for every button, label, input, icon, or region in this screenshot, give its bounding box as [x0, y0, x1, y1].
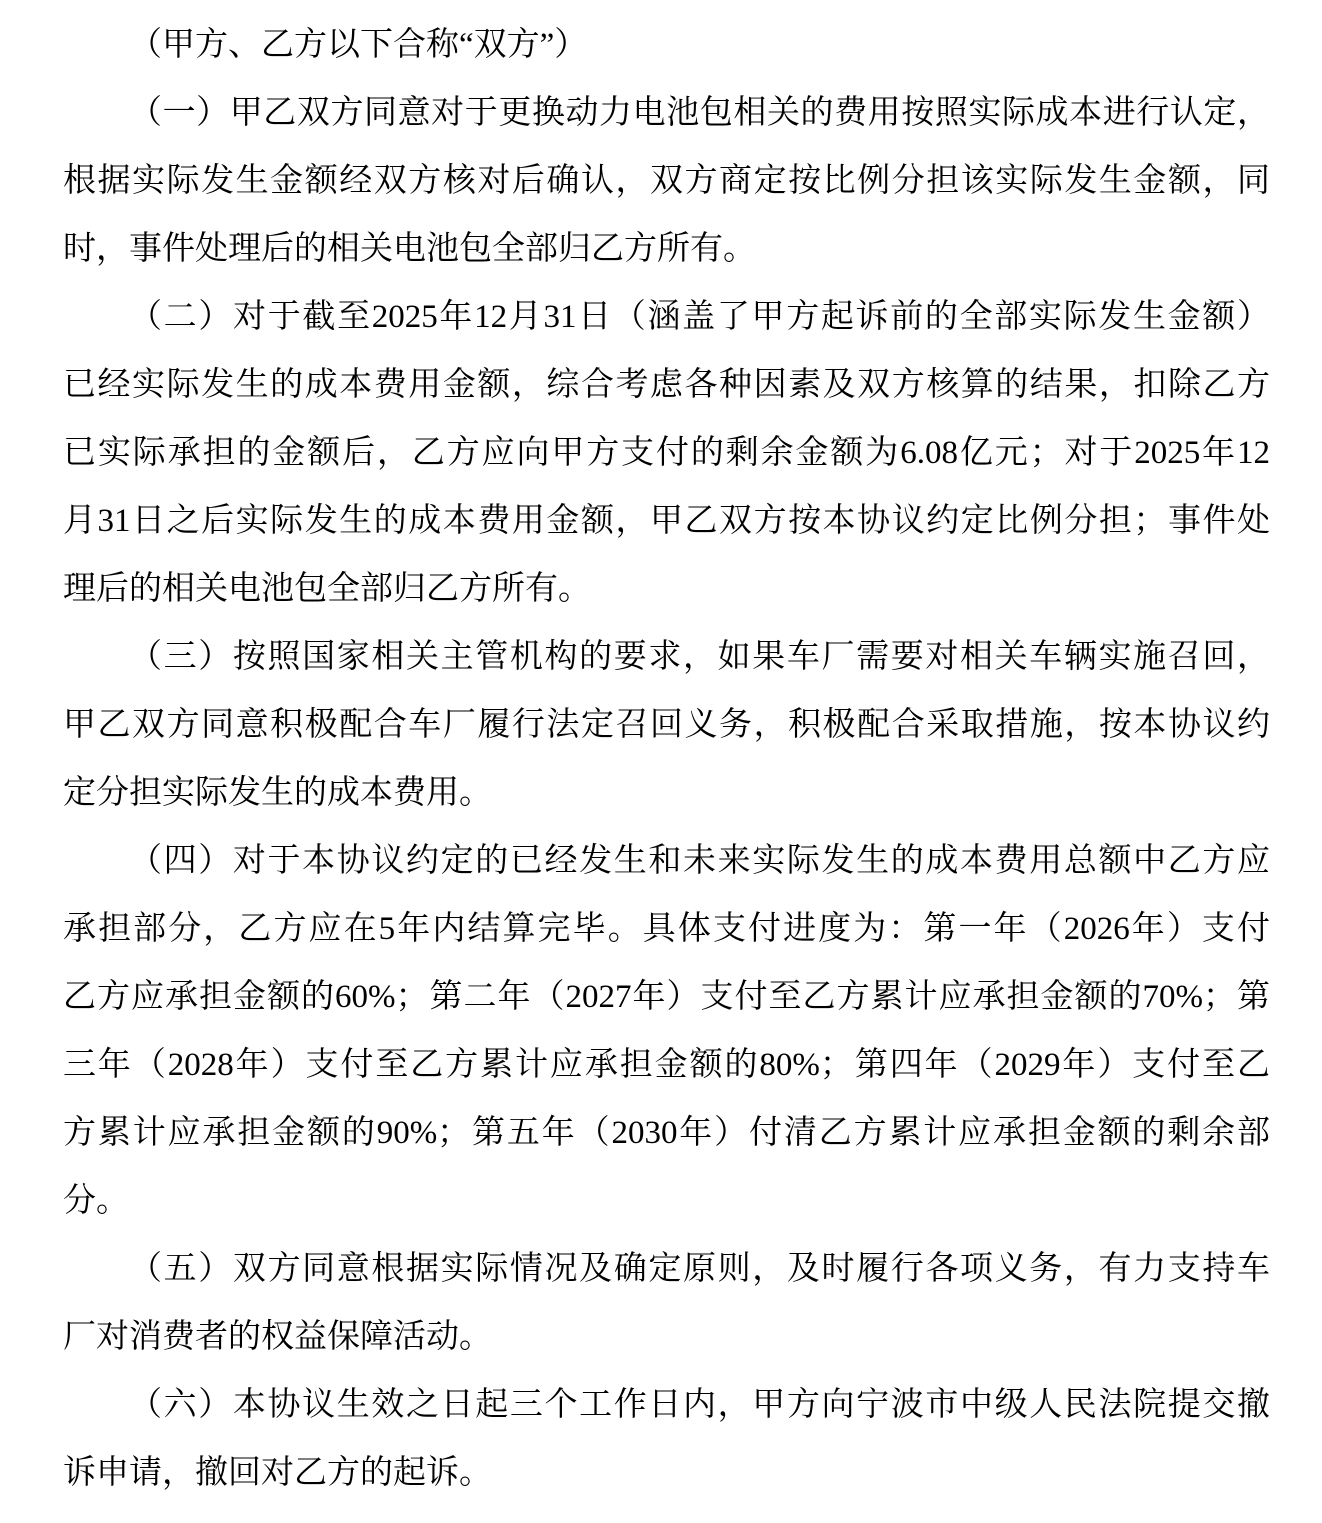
text-line: 乙方应承担金额的60%；第二年（2027年）支付至乙方累计应承担金额的70%；第 — [63, 963, 1270, 1031]
paragraph-preamble: （甲方、乙方以下合称“双方”） — [63, 11, 1270, 79]
text-line: 甲乙双方同意积极配合车厂履行法定召回义务，积极配合采取措施，按本协议约 — [63, 691, 1270, 759]
text-line: （五）双方同意根据实际情况及确定原则，及时履行各项义务，有力支持车 — [63, 1235, 1270, 1303]
paragraph-clause-5: （五）双方同意根据实际情况及确定原则，及时履行各项义务，有力支持车厂对消费者的权… — [63, 1235, 1270, 1371]
paragraph-clause-6: （六）本协议生效之日起三个工作日内，甲方向宁波市中级人民法院提交撤诉申请，撤回对… — [63, 1371, 1270, 1507]
paragraph-clause-3: （三）按照国家相关主管机构的要求，如果车厂需要对相关车辆实施召回，甲乙双方同意积… — [63, 623, 1270, 827]
text-line: 理后的相关电池包全部归乙方所有。 — [63, 555, 1270, 623]
text-line: 方累计应承担金额的90%；第五年（2030年）付清乙方累计应承担金额的剩余部 — [63, 1099, 1270, 1167]
text-line: 月31日之后实际发生的成本费用金额，甲乙双方按本协议约定比例分担；事件处 — [63, 487, 1270, 555]
text-line: 承担部分，乙方应在5年内结算完毕。具体支付进度为：第一年（2026年）支付 — [63, 895, 1270, 963]
text-line: （一）甲乙双方同意对于更换动力电池包相关的费用按照实际成本进行认定， — [63, 79, 1270, 147]
text-line: 时，事件处理后的相关电池包全部归乙方所有。 — [63, 215, 1270, 283]
paragraph-clause-4: （四）对于本协议约定的已经发生和未来实际发生的成本费用总额中乙方应承担部分，乙方… — [63, 827, 1270, 1235]
document-body: （甲方、乙方以下合称“双方”）（一）甲乙双方同意对于更换动力电池包相关的费用按照… — [63, 11, 1270, 1507]
text-line: （六）本协议生效之日起三个工作日内，甲方向宁波市中级人民法院提交撤 — [63, 1371, 1270, 1439]
text-line: （甲方、乙方以下合称“双方”） — [63, 11, 1270, 79]
text-line: 分。 — [63, 1167, 1270, 1235]
text-line: 诉申请，撤回对乙方的起诉。 — [63, 1439, 1270, 1507]
text-line: 厂对消费者的权益保障活动。 — [63, 1303, 1270, 1371]
text-line: 已经实际发生的成本费用金额，综合考虑各种因素及双方核算的结果，扣除乙方 — [63, 351, 1270, 419]
text-line: 三年（2028年）支付至乙方累计应承担金额的80%；第四年（2029年）支付至乙 — [63, 1031, 1270, 1099]
paragraph-clause-2: （二）对于截至2025年12月31日（涵盖了甲方起诉前的全部实际发生金额）已经实… — [63, 283, 1270, 623]
text-line: （二）对于截至2025年12月31日（涵盖了甲方起诉前的全部实际发生金额） — [63, 283, 1270, 351]
text-line: （四）对于本协议约定的已经发生和未来实际发生的成本费用总额中乙方应 — [63, 827, 1270, 895]
paragraph-clause-1: （一）甲乙双方同意对于更换动力电池包相关的费用按照实际成本进行认定，根据实际发生… — [63, 79, 1270, 283]
text-line: 已实际承担的金额后，乙方应向甲方支付的剩余金额为6.08亿元；对于2025年12 — [63, 419, 1270, 487]
text-line: （三）按照国家相关主管机构的要求，如果车厂需要对相关车辆实施召回， — [63, 623, 1270, 691]
text-line: 定分担实际发生的成本费用。 — [63, 759, 1270, 827]
text-line: 根据实际发生金额经双方核对后确认，双方商定按比例分担该实际发生金额，同 — [63, 147, 1270, 215]
document-page: （甲方、乙方以下合称“双方”）（一）甲乙双方同意对于更换动力电池包相关的费用按照… — [0, 0, 1322, 1523]
